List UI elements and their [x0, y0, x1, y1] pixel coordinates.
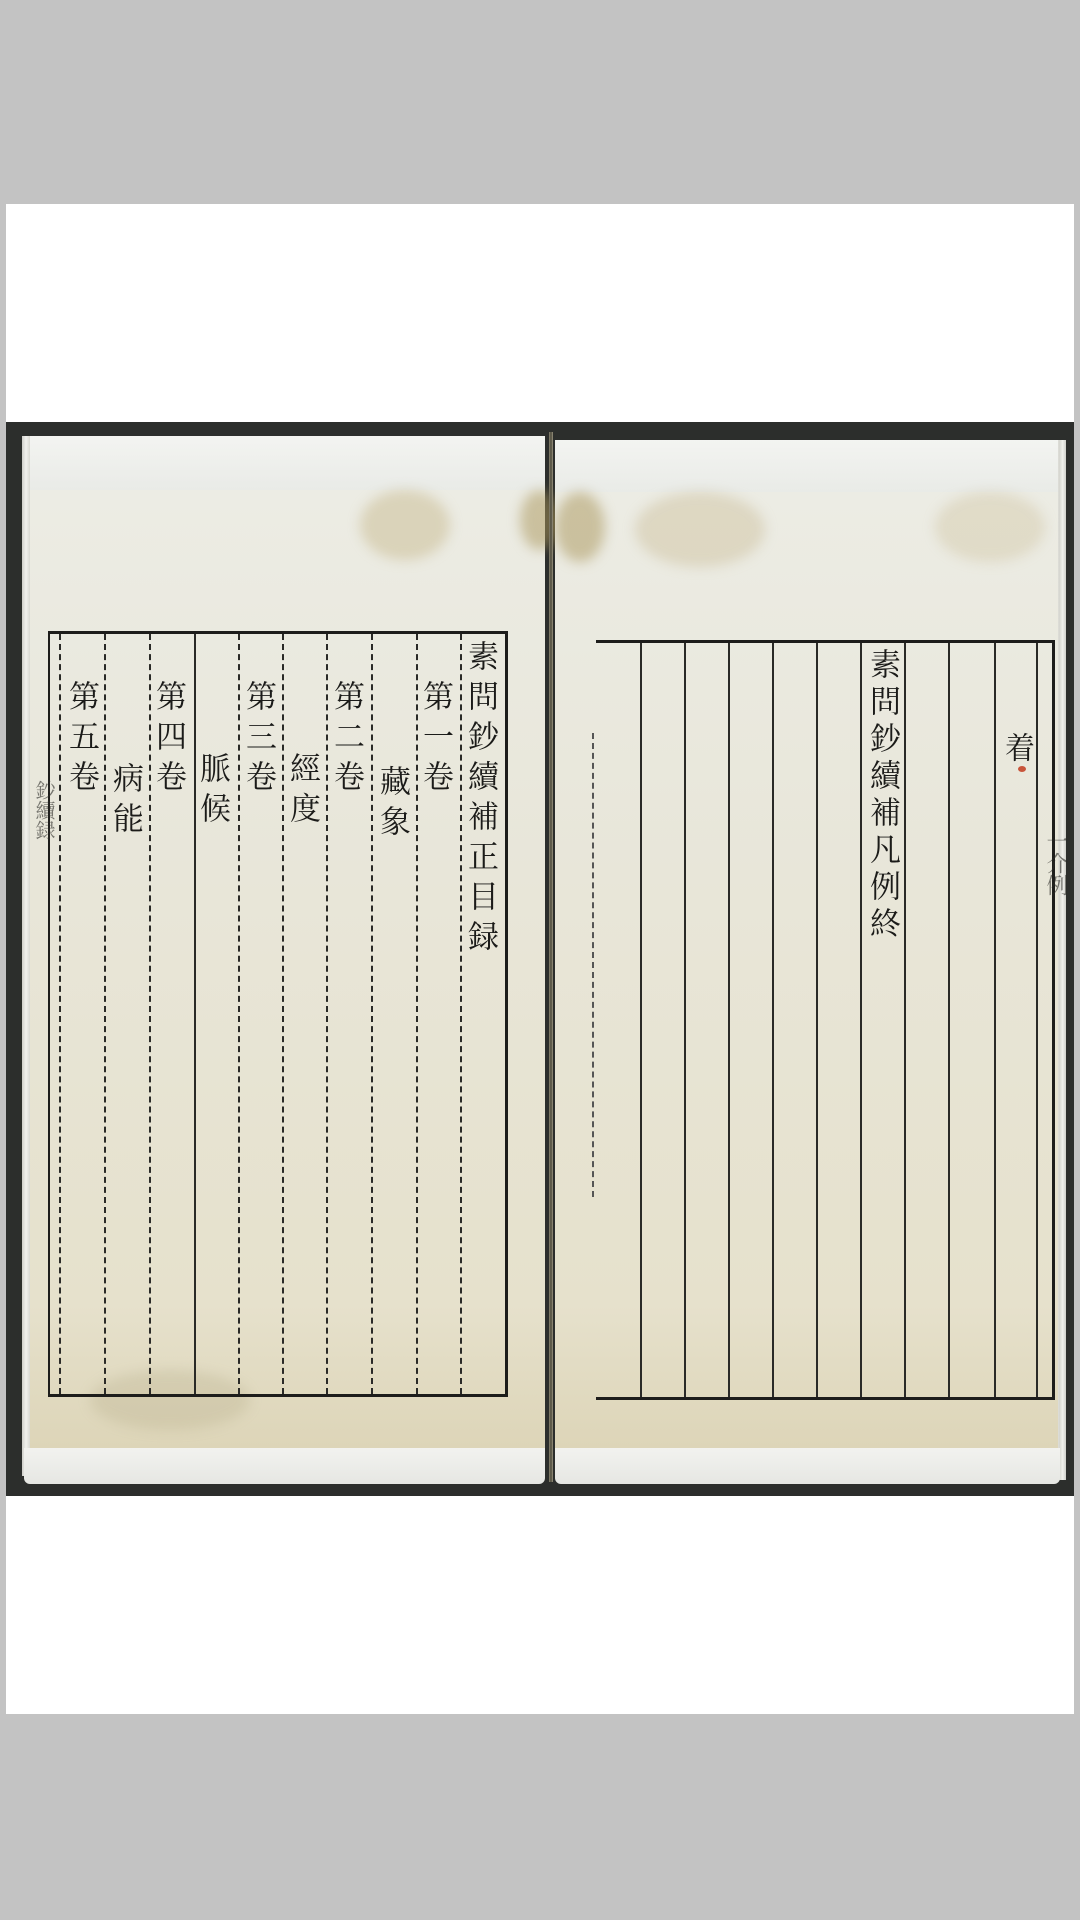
stain	[635, 492, 765, 567]
column-rule	[592, 733, 594, 1197]
toc-volume-5: 第五卷	[61, 680, 101, 800]
column-rule	[728, 643, 730, 1397]
left-page-top-edge	[30, 436, 545, 490]
left-margin-text: 鈔續録	[30, 780, 59, 840]
column-rule	[371, 634, 373, 1394]
column-rule	[194, 634, 196, 1394]
column-rule	[904, 643, 906, 1397]
toc-topic-3: 脈候	[192, 752, 232, 832]
right-page-top-edge	[555, 440, 1058, 492]
stain	[555, 492, 605, 562]
red-ink-mark	[1018, 766, 1026, 772]
column-rule	[772, 643, 774, 1397]
stain	[935, 492, 1045, 562]
stain	[360, 490, 450, 560]
column-rule	[684, 643, 686, 1397]
toc-title: 素問鈔續補正目録	[460, 640, 500, 960]
toc-volume-2: 第二卷	[326, 680, 366, 800]
right-page-ruled-frame	[596, 640, 1055, 1400]
stain	[520, 490, 560, 550]
right-page-bottom-edge	[555, 1448, 1060, 1484]
toc-volume-1: 第一卷	[415, 680, 455, 800]
column-rule	[282, 634, 284, 1394]
column-rule	[948, 643, 950, 1397]
right-margin-text: 一介例	[1040, 830, 1071, 896]
column-rule	[640, 643, 642, 1397]
toc-volume-4: 第四卷	[148, 680, 188, 800]
notes-closing-line: 素問鈔續補凡例終	[862, 648, 902, 944]
toc-topic-2: 經度	[282, 752, 322, 832]
column-rule	[816, 643, 818, 1397]
toc-topic-1: 藏象	[372, 765, 412, 845]
toc-topic-4: 病能	[105, 762, 145, 842]
column-rule	[104, 634, 106, 1394]
edge-character: 着	[996, 732, 1036, 771]
column-rule	[1036, 643, 1038, 1397]
left-page-bottom-edge	[24, 1448, 545, 1484]
book-gutter	[549, 432, 553, 1482]
toc-volume-3: 第三卷	[238, 680, 278, 800]
